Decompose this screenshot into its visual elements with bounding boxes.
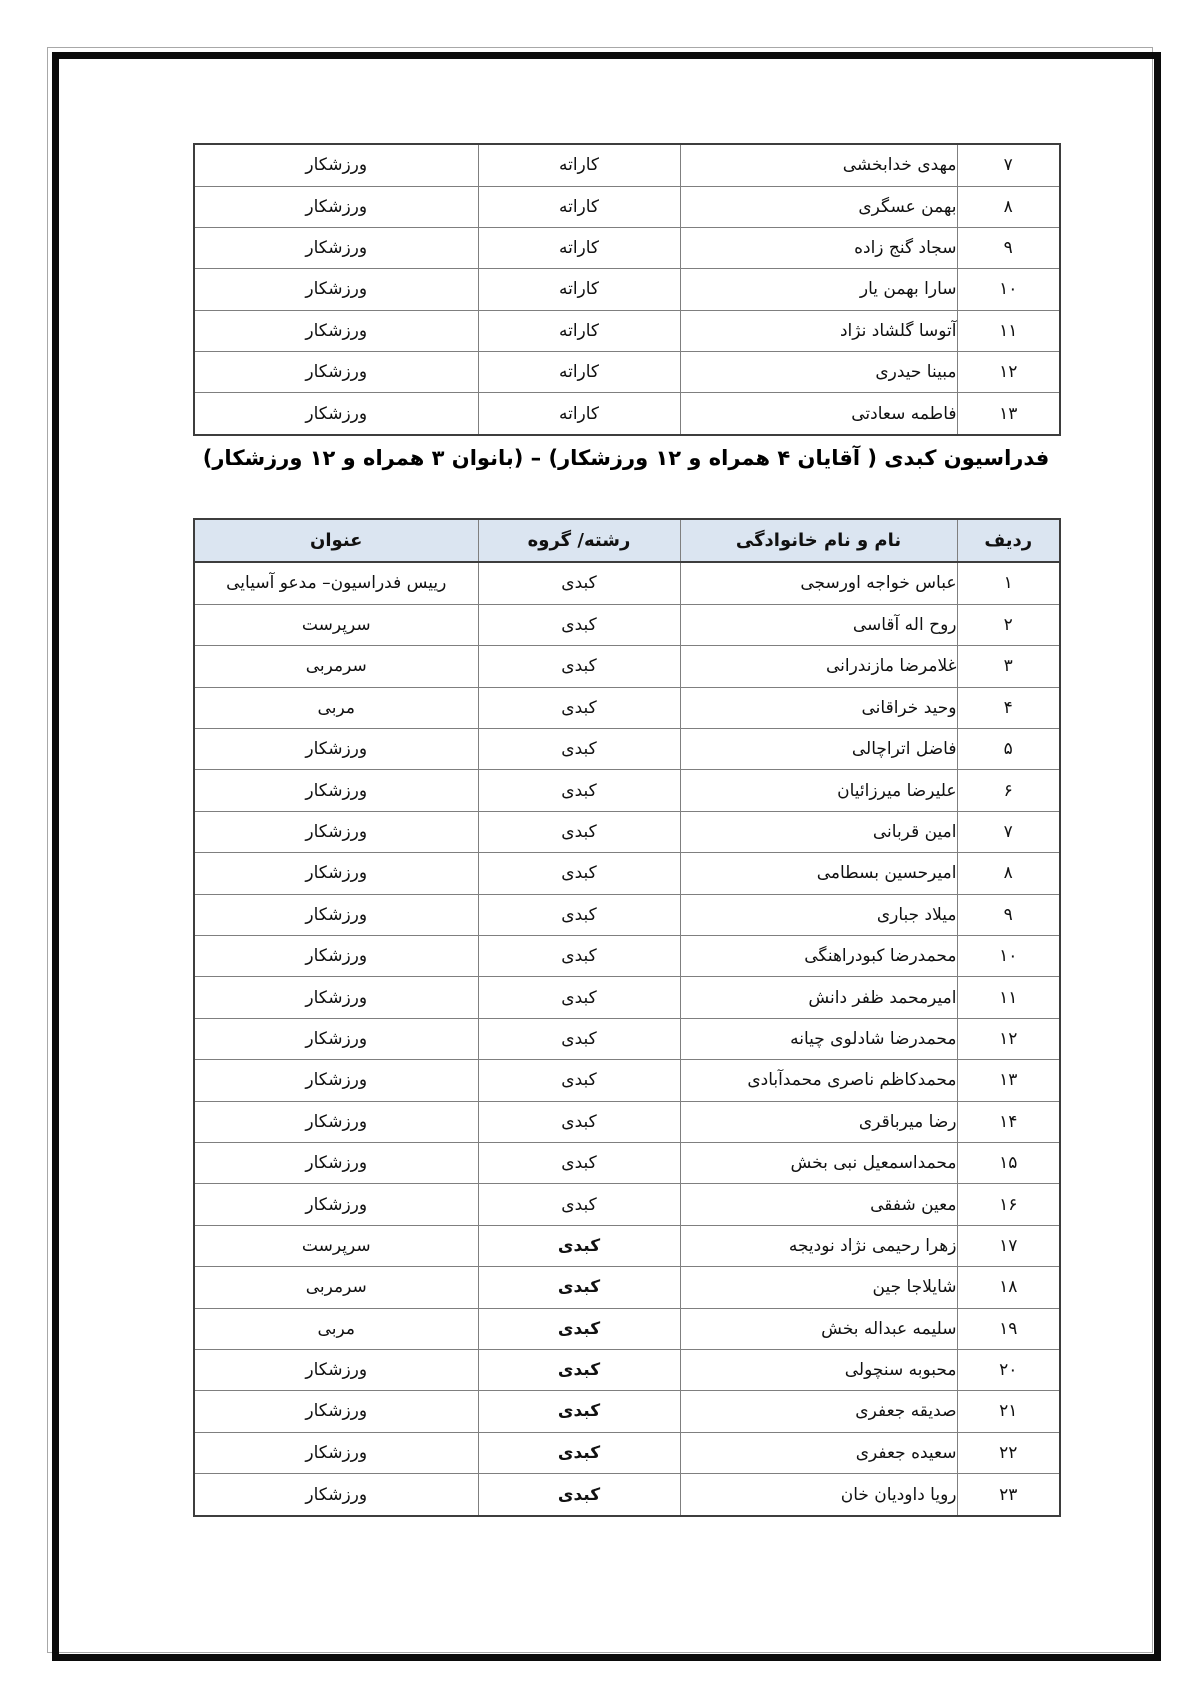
cell-title: سرپرست — [194, 1225, 478, 1266]
cell-discipline: کبدی — [478, 1101, 680, 1142]
cell-row-number: ۹ — [957, 894, 1060, 935]
cell-row-number: ۱۴ — [957, 1101, 1060, 1142]
cell-title: ورزشکار — [194, 1101, 478, 1142]
table-row: ۱۷زهرا رحیمی نژاد نودیجهکبدیسرپرست — [194, 1225, 1060, 1266]
cell-name: بهمن عسگری — [680, 186, 957, 227]
cell-discipline: کاراته — [478, 269, 680, 310]
cell-discipline: کبدی — [478, 1391, 680, 1432]
table-row: ۱۲مبینا حیدریکاراتهورزشکار — [194, 351, 1060, 392]
cell-discipline: کبدی — [478, 687, 680, 728]
cell-title: ورزشکار — [194, 269, 478, 310]
cell-row-number: ۷ — [957, 144, 1060, 186]
cell-row-number: ۷ — [957, 811, 1060, 852]
document-page: { "page": { "background_color": "#ffffff… — [0, 0, 1200, 1697]
table-row: ۲۱صدیقه جعفریکبدیورزشکار — [194, 1391, 1060, 1432]
cell-discipline: کبدی — [478, 1349, 680, 1390]
cell-name: زهرا رحیمی نژاد نودیجه — [680, 1225, 957, 1266]
cell-name: صدیقه جعفری — [680, 1391, 957, 1432]
cell-discipline: کاراته — [478, 186, 680, 227]
cell-row-number: ۲۰ — [957, 1349, 1060, 1390]
table-row: ۹سجاد گنج زادهکاراتهورزشکار — [194, 228, 1060, 269]
cell-row-number: ۱۱ — [957, 310, 1060, 351]
cell-row-number: ۱۹ — [957, 1308, 1060, 1349]
table-row: ۱عباس خواجه اورسجیکبدیرییس فدراسیون– مدع… — [194, 562, 1060, 604]
cell-discipline: کبدی — [478, 1018, 680, 1059]
cell-discipline: کبدی — [478, 1474, 680, 1516]
cell-title: ورزشکار — [194, 811, 478, 852]
cell-name: سعیده جعفری — [680, 1432, 957, 1473]
cell-title: سرمربی — [194, 646, 478, 687]
cell-name: روح اله آقاسی — [680, 604, 957, 645]
table-row: ۱۶معین شفقیکبدیورزشکار — [194, 1184, 1060, 1225]
cell-name: آتوسا گلشاد نژاد — [680, 310, 957, 351]
header-cell-full-name: نام و نام خانوادگی — [680, 519, 957, 562]
table-row: ۲۲سعیده جعفریکبدیورزشکار — [194, 1432, 1060, 1473]
table-row: ۲۳رویا داودیان خانکبدیورزشکار — [194, 1474, 1060, 1516]
cell-discipline: کبدی — [478, 811, 680, 852]
cell-name: محمداسمعیل نبی بخش — [680, 1142, 957, 1183]
cell-title: سرمربی — [194, 1267, 478, 1308]
cell-name: علیرضا میرزائیان — [680, 770, 957, 811]
table-row: ۴وحید خراقانیکبدیمربی — [194, 687, 1060, 728]
cell-title: ورزشکار — [194, 310, 478, 351]
cell-title: ورزشکار — [194, 1060, 478, 1101]
cell-title: ورزشکار — [194, 1349, 478, 1390]
cell-discipline: کاراته — [478, 228, 680, 269]
cell-discipline: کبدی — [478, 1432, 680, 1473]
cell-discipline: کبدی — [478, 770, 680, 811]
cell-discipline: کبدی — [478, 1060, 680, 1101]
cell-discipline: کبدی — [478, 1308, 680, 1349]
cell-name: سلیمه عبداله بخش — [680, 1308, 957, 1349]
table-row: ۵فاضل اتراچالیکبدیورزشکار — [194, 729, 1060, 770]
cell-row-number: ۱۳ — [957, 1060, 1060, 1101]
cell-title: ورزشکار — [194, 977, 478, 1018]
cell-row-number: ۲۲ — [957, 1432, 1060, 1473]
cell-name: امیرحسین بسطامی — [680, 853, 957, 894]
cell-row-number: ۴ — [957, 687, 1060, 728]
karate-table-body: ۷مهدی خدابخشیکاراتهورزشکار۸بهمن عسگریکار… — [194, 144, 1060, 435]
cell-row-number: ۳ — [957, 646, 1060, 687]
table-row: ۱۱امیرمحمد ظفر دانشکبدیورزشکار — [194, 977, 1060, 1018]
cell-row-number: ۲۱ — [957, 1391, 1060, 1432]
cell-title: ورزشکار — [194, 1142, 478, 1183]
table-row: ۱۰محمدرضا کبودراهنگیکبدیورزشکار — [194, 936, 1060, 977]
table-row: ۱۸شایلاجا جینکبدیسرمربی — [194, 1267, 1060, 1308]
cell-name: سجاد گنج زاده — [680, 228, 957, 269]
cell-title: رییس فدراسیون– مدعو آسیایی — [194, 562, 478, 604]
cell-name: معین شفقی — [680, 1184, 957, 1225]
cell-row-number: ۸ — [957, 186, 1060, 227]
cell-name: عباس خواجه اورسجی — [680, 562, 957, 604]
cell-discipline: کبدی — [478, 1225, 680, 1266]
cell-row-number: ۲۳ — [957, 1474, 1060, 1516]
table-row: ۱۲محمدرضا شادلوی چیانهکبدیورزشکار — [194, 1018, 1060, 1059]
cell-name: محمدکاظم ناصری محمدآبادی — [680, 1060, 957, 1101]
cell-discipline: کبدی — [478, 1142, 680, 1183]
cell-name: امین قربانی — [680, 811, 957, 852]
kabaddi-section-heading: فدراسیون کبدی ( آقایان ۴ همراه و ۱۲ ورزش… — [193, 446, 1059, 470]
cell-row-number: ۱۵ — [957, 1142, 1060, 1183]
cell-discipline: کبدی — [478, 729, 680, 770]
cell-discipline: کبدی — [478, 1184, 680, 1225]
cell-name: رضا میرباقری — [680, 1101, 957, 1142]
cell-name: شایلاجا جین — [680, 1267, 957, 1308]
cell-name: غلامرضا مازندرانی — [680, 646, 957, 687]
cell-row-number: ۵ — [957, 729, 1060, 770]
cell-title: مربی — [194, 1308, 478, 1349]
cell-title: ورزشکار — [194, 144, 478, 186]
cell-row-number: ۱۰ — [957, 936, 1060, 977]
cell-name: محمدرضا شادلوی چیانه — [680, 1018, 957, 1059]
cell-discipline: کاراته — [478, 393, 680, 435]
cell-title: ورزشکار — [194, 393, 478, 435]
cell-name: محبوبه سنچولی — [680, 1349, 957, 1390]
karate-table: ۷مهدی خدابخشیکاراتهورزشکار۸بهمن عسگریکار… — [193, 143, 1061, 436]
cell-row-number: ۱۷ — [957, 1225, 1060, 1266]
cell-title: ورزشکار — [194, 1391, 478, 1432]
cell-discipline: کبدی — [478, 894, 680, 935]
cell-title: ورزشکار — [194, 894, 478, 935]
cell-name: مهدی خدابخشی — [680, 144, 957, 186]
cell-row-number: ۱۶ — [957, 1184, 1060, 1225]
table-row: ۱۴رضا میرباقریکبدیورزشکار — [194, 1101, 1060, 1142]
cell-discipline: کبدی — [478, 1267, 680, 1308]
cell-title: سرپرست — [194, 604, 478, 645]
cell-row-number: ۱۲ — [957, 1018, 1060, 1059]
table-row: ۱۹سلیمه عبداله بخشکبدیمربی — [194, 1308, 1060, 1349]
cell-title: ورزشکار — [194, 1184, 478, 1225]
table-row: ۲۰محبوبه سنچولیکبدیورزشکار — [194, 1349, 1060, 1390]
cell-title: ورزشکار — [194, 186, 478, 227]
table-row: ۲روح اله آقاسیکبدیسرپرست — [194, 604, 1060, 645]
table-row: ۹میلاد جباریکبدیورزشکار — [194, 894, 1060, 935]
kabaddi-table: ردیفنام و نام خانوادگیرشته/ گروهعنوان ۱ع… — [193, 518, 1061, 1517]
cell-name: سارا بهمن یار — [680, 269, 957, 310]
cell-discipline: کبدی — [478, 604, 680, 645]
cell-name: میلاد جباری — [680, 894, 957, 935]
cell-name: محمدرضا کبودراهنگی — [680, 936, 957, 977]
cell-discipline: کبدی — [478, 977, 680, 1018]
cell-row-number: ۱۳ — [957, 393, 1060, 435]
cell-title: ورزشکار — [194, 1474, 478, 1516]
header-cell-discipline-group: رشته/ گروه — [478, 519, 680, 562]
table-row: ۸امیرحسین بسطامیکبدیورزشکار — [194, 853, 1060, 894]
table-row: ۸بهمن عسگریکاراتهورزشکار — [194, 186, 1060, 227]
table-row: ۱۱آتوسا گلشاد نژادکاراتهورزشکار — [194, 310, 1060, 351]
table-row: ۱۳محمدکاظم ناصری محمدآبادیکبدیورزشکار — [194, 1060, 1060, 1101]
cell-title: ورزشکار — [194, 228, 478, 269]
cell-title: مربی — [194, 687, 478, 728]
table-row: ۷امین قربانیکبدیورزشکار — [194, 811, 1060, 852]
cell-discipline: کبدی — [478, 853, 680, 894]
cell-discipline: کاراته — [478, 351, 680, 392]
cell-title: ورزشکار — [194, 351, 478, 392]
cell-name: امیرمحمد ظفر دانش — [680, 977, 957, 1018]
cell-name: مبینا حیدری — [680, 351, 957, 392]
cell-row-number: ۶ — [957, 770, 1060, 811]
cell-row-number: ۱۲ — [957, 351, 1060, 392]
cell-row-number: ۱۰ — [957, 269, 1060, 310]
cell-discipline: کاراته — [478, 144, 680, 186]
cell-row-number: ۱ — [957, 562, 1060, 604]
cell-discipline: کبدی — [478, 562, 680, 604]
header-cell-row-number: ردیف — [957, 519, 1060, 562]
cell-discipline: کبدی — [478, 646, 680, 687]
table-row: ۱۳فاطمه سعادتیکاراتهورزشکار — [194, 393, 1060, 435]
cell-title: ورزشکار — [194, 1432, 478, 1473]
cell-name: رویا داودیان خان — [680, 1474, 957, 1516]
table-row: ۶علیرضا میرزائیانکبدیورزشکار — [194, 770, 1060, 811]
table-row: ۷مهدی خدابخشیکاراتهورزشکار — [194, 144, 1060, 186]
cell-title: ورزشکار — [194, 729, 478, 770]
cell-name: وحید خراقانی — [680, 687, 957, 728]
cell-row-number: ۱۱ — [957, 977, 1060, 1018]
table-row: ۳غلامرضا مازندرانیکبدیسرمربی — [194, 646, 1060, 687]
cell-name: فاطمه سعادتی — [680, 393, 957, 435]
table-row: ۱۵محمداسمعیل نبی بخشکبدیورزشکار — [194, 1142, 1060, 1183]
cell-discipline: کاراته — [478, 310, 680, 351]
kabaddi-table-header-row: ردیفنام و نام خانوادگیرشته/ گروهعنوان — [194, 519, 1060, 562]
cell-title: ورزشکار — [194, 853, 478, 894]
cell-row-number: ۹ — [957, 228, 1060, 269]
cell-title: ورزشکار — [194, 1018, 478, 1059]
cell-title: ورزشکار — [194, 936, 478, 977]
cell-title: ورزشکار — [194, 770, 478, 811]
cell-row-number: ۸ — [957, 853, 1060, 894]
header-cell-title: عنوان — [194, 519, 478, 562]
table-row: ۱۰سارا بهمن یارکاراتهورزشکار — [194, 269, 1060, 310]
cell-name: فاضل اتراچالی — [680, 729, 957, 770]
cell-discipline: کبدی — [478, 936, 680, 977]
cell-row-number: ۱۸ — [957, 1267, 1060, 1308]
cell-row-number: ۲ — [957, 604, 1060, 645]
kabaddi-table-body: ۱عباس خواجه اورسجیکبدیرییس فدراسیون– مدع… — [194, 562, 1060, 1516]
